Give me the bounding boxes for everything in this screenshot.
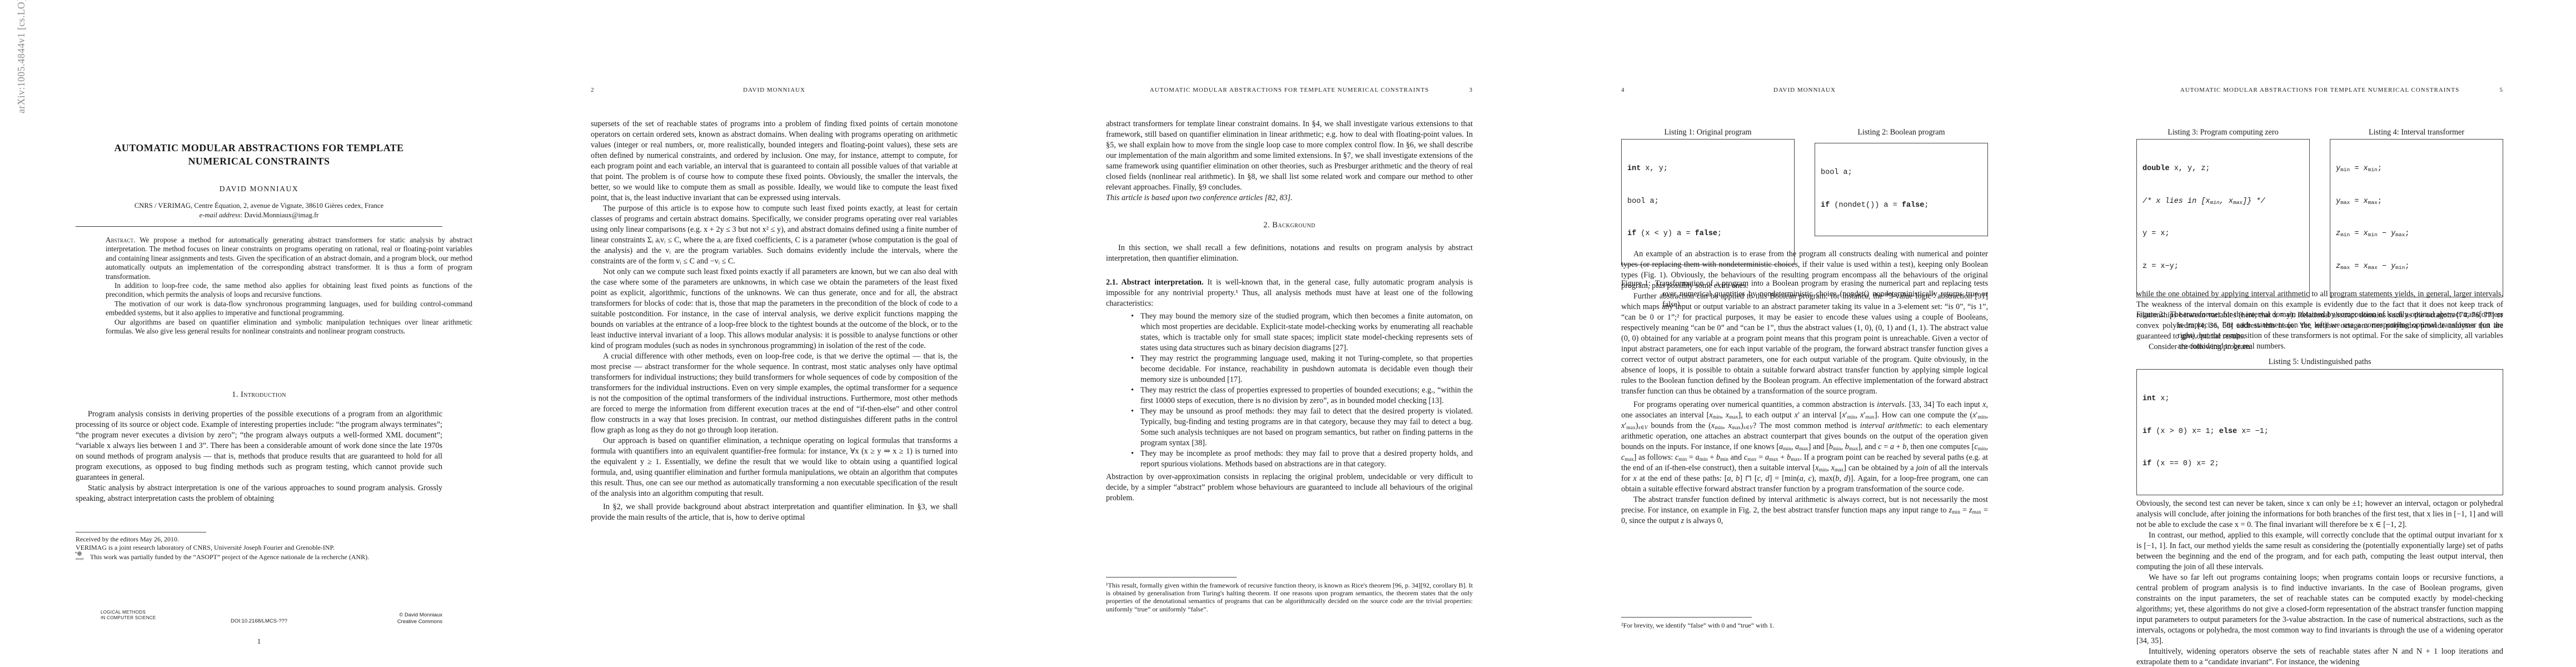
- abstract-paragraph: The motivation of our work is data-flow …: [106, 300, 472, 318]
- listing-5-code: int x; if (x > 0) x= 1; else x= −1; if (…: [2136, 369, 2503, 495]
- listing-1: Listing 1: Original program int x, y; bo…: [1621, 128, 1795, 265]
- code-line: /* x lies in [xmin, xmax]} */: [2142, 196, 2304, 207]
- paragraph: A crucial difference with other methods,…: [591, 351, 958, 436]
- page-5-body: while the one obtained by applying inter…: [2136, 289, 2503, 667]
- asopt-logo-icon: asopt: [76, 554, 88, 564]
- page-1: arXiv:1005.4844v1 [cs.LO] 26 May 2010 AU…: [0, 0, 515, 667]
- code-line: z = x−y;: [2142, 261, 2304, 272]
- footnote-verimag: VERIMAG is a joint research laboratory o…: [76, 544, 442, 552]
- characteristics-list: They may bound the memory size of the st…: [1106, 311, 1473, 470]
- section-2-heading: 2. Background: [1106, 220, 1473, 231]
- arxiv-watermark: arXiv:1005.4844v1 [cs.LO] 26 May 2010: [16, 89, 40, 400]
- page-3-body: abstract transformers for template linea…: [1106, 119, 1473, 504]
- page-number: 1: [76, 637, 442, 646]
- abstract-paragraph: In addition to loop-free code, the same …: [106, 281, 472, 300]
- copyright-line1: © David Monniaux: [76, 612, 442, 619]
- code-line: y = x;: [2142, 228, 2304, 240]
- footnote-rule: [1621, 617, 1752, 618]
- paragraph: Intuitively, widening operators observe …: [2136, 646, 2503, 667]
- title-rule: [76, 226, 442, 227]
- footnotes: Received by the editors May 26, 2010. VE…: [76, 535, 442, 563]
- code-line: int x;: [2142, 394, 2497, 405]
- listing-1-code: int x, y; bool a; if (x < y) a = false;: [1621, 139, 1795, 265]
- code-line: zmin = xmin − ymax;: [2336, 228, 2497, 240]
- paper-title: AUTOMATIC MODULAR ABSTRACTIONS FOR TEMPL…: [76, 141, 442, 168]
- paragraph: Consider the following program:: [2136, 342, 2503, 352]
- page-4: 4 DAVID MONNIAUX Listing 1: Original pro…: [1546, 0, 2061, 667]
- paragraph: In contrast, our method, applied to this…: [2136, 530, 2503, 573]
- page-2: 2 DAVID MONNIAUX supersets of the set of…: [515, 0, 1030, 667]
- abstract-paragraph: Our algorithms are based on quantifier e…: [106, 318, 472, 336]
- abstract-paragraph: Abstract. We propose a method for automa…: [106, 236, 472, 281]
- paragraph: Our approach is based on quantifier elim…: [591, 436, 958, 499]
- abstract: Abstract. We propose a method for automa…: [76, 236, 498, 336]
- running-head-text: AUTOMATIC MODULAR ABSTRACTIONS FOR TEMPL…: [2136, 87, 2503, 93]
- running-head-text: AUTOMATIC MODULAR ABSTRACTIONS FOR TEMPL…: [1106, 87, 1473, 93]
- section-1-heading: 1. Introduction: [76, 390, 442, 400]
- copyright-block: © David Monniaux Creative Commons: [76, 612, 442, 625]
- code-line: bool a;: [1627, 196, 1788, 207]
- affiliation: CNRS / VERIMAG, Centre Équation, 2, aven…: [76, 201, 442, 211]
- abstract-text: We propose a method for automatically ge…: [106, 236, 472, 281]
- paragraph: Obviously, the second test can never be …: [2136, 499, 2503, 530]
- list-item: They may be incomplete as proof methods:…: [1140, 449, 1473, 470]
- listing-3-caption: Listing 3: Program computing zero: [2136, 128, 2310, 137]
- footnote-rule: [1106, 577, 1237, 578]
- code-line: ymax = xmax;: [2336, 196, 2497, 207]
- paragraph: Static analysis by abstract interpretati…: [76, 483, 442, 504]
- footnote-received: Received by the editors May 26, 2010.: [76, 535, 442, 544]
- listing-5-caption: Listing 5: Undistinguished paths: [2136, 357, 2503, 367]
- code-line: if (nondet()) a = false;: [1821, 200, 1982, 211]
- code-line: double x, y, z;: [2142, 163, 2304, 175]
- paper-title-line1: AUTOMATIC MODULAR ABSTRACTIONS FOR TEMPL…: [76, 141, 442, 155]
- asopt-logo-label: asopt: [76, 558, 83, 561]
- introduction-body: Program analysis consists in deriving pr…: [76, 409, 442, 504]
- page-3: AUTOMATIC MODULAR ABSTRACTIONS FOR TEMPL…: [1030, 0, 1546, 667]
- paragraph: Abstraction by over-approximation consis…: [1106, 472, 1473, 504]
- code-line: if (x < y) a = false;: [1627, 228, 1788, 240]
- paragraph: The abstract transfer function defined b…: [1621, 495, 1988, 526]
- arxiv-watermark-text: arXiv:1005.4844v1 [cs.LO] 26 May 2010: [16, 89, 27, 113]
- code-line: if (x == 0) x= 2;: [2142, 459, 2497, 470]
- code-line: zmax = xmax − ymin;: [2336, 261, 2497, 272]
- paper-title-line2: NUMERICAL CONSTRAINTS: [76, 155, 442, 168]
- running-head-text: DAVID MONNIAUX: [591, 87, 958, 93]
- paragraph: Further abstraction can be applied to th…: [1621, 291, 1988, 397]
- paragraph: Program analysis consists in deriving pr…: [76, 409, 442, 483]
- paragraph: An example of an abstraction is to erase…: [1621, 249, 1988, 291]
- paragraph: We have so far left out programs contain…: [2136, 573, 2503, 646]
- copyright-line2: Creative Commons: [76, 619, 442, 625]
- page-number: 5: [2500, 87, 2504, 93]
- paragraph: while the one obtained by applying inter…: [2136, 289, 2503, 342]
- code-line: bool a;: [1821, 167, 1982, 178]
- paragraph: supersets of the set of reachable states…: [591, 119, 958, 203]
- list-item: They may bound the memory size of the st…: [1140, 311, 1473, 354]
- footnote-funding: This work was partially funded by the “A…: [90, 553, 442, 563]
- paragraph: abstract transformers for template linea…: [1106, 119, 1473, 193]
- paper-spread: arXiv:1005.4844v1 [cs.LO] 26 May 2010 AU…: [0, 0, 2576, 667]
- page-2-body: supersets of the set of reachable states…: [591, 119, 958, 523]
- listing-2-code: bool a; if (nondet()) a = false;: [1815, 143, 1988, 236]
- list-item: They may be unsound as proof methods: th…: [1140, 406, 1473, 449]
- listing-1-caption: Listing 1: Original program: [1621, 128, 1795, 137]
- based-on-note: This article is based upon two conferenc…: [1106, 193, 1473, 203]
- code-line: if (x > 0) x= 1; else x= −1;: [2142, 426, 2497, 437]
- paragraph: In this section, we shall recall a few d…: [1106, 243, 1473, 264]
- footnote-rule: [76, 532, 206, 532]
- listing-5: Listing 5: Undistinguished paths int x; …: [2136, 357, 2503, 495]
- subsection-label: 2.1. Abstract interpretation.: [1106, 278, 1204, 287]
- author: DAVID MONNIAUX: [76, 185, 442, 193]
- listing-2-caption: Listing 2: Boolean program: [1815, 128, 1988, 137]
- page-number: 3: [1469, 87, 1473, 93]
- paragraph: The purpose of this article is to expose…: [591, 203, 958, 267]
- email-line: e-mail address: David.Monniaux@imag.fr: [76, 211, 442, 220]
- running-head-text: DAVID MONNIAUX: [1621, 87, 1988, 93]
- listing-4-code: ymin = xmin; ymax = xmax; zmin = xmin − …: [2330, 139, 2503, 297]
- list-item: They may restrict the class of propertie…: [1140, 385, 1473, 406]
- list-item: They may restrict the programming langua…: [1140, 354, 1473, 385]
- paragraph: For programs operating over numerical qu…: [1621, 400, 1988, 495]
- affiliation-block: CNRS / VERIMAG, Centre Équation, 2, aven…: [76, 201, 442, 220]
- footnote-2: ²For brevity, we identify “false” with 0…: [1621, 621, 1988, 629]
- paragraph: Not only can we compute such least fixed…: [591, 267, 958, 351]
- footnote-1: ¹This result, formally given within the …: [1106, 581, 1473, 613]
- listing-4: Listing 4: Interval transformer ymin = x…: [2330, 128, 2503, 297]
- code-line: int x, y;: [1627, 163, 1788, 175]
- subsection-2-1: 2.1. Abstract interpretation. It is well…: [1106, 277, 1473, 309]
- listing-3: Listing 3: Program computing zero double…: [2136, 128, 2310, 297]
- page-4-body: An example of an abstraction is to erase…: [1621, 249, 1988, 526]
- listing-2: Listing 2: Boolean program bool a; if (n…: [1815, 128, 1988, 265]
- listing-4-caption: Listing 4: Interval transformer: [2330, 128, 2503, 137]
- page-5: AUTOMATIC MODULAR ABSTRACTIONS FOR TEMPL…: [2061, 0, 2576, 667]
- abstract-label: Abstract.: [106, 236, 135, 244]
- paragraph: In §2, we shall provide background about…: [591, 502, 958, 523]
- code-line: ymin = xmin;: [2336, 163, 2497, 175]
- listing-3-code: double x, y, z; /* x lies in [xmin, xmax…: [2136, 139, 2310, 297]
